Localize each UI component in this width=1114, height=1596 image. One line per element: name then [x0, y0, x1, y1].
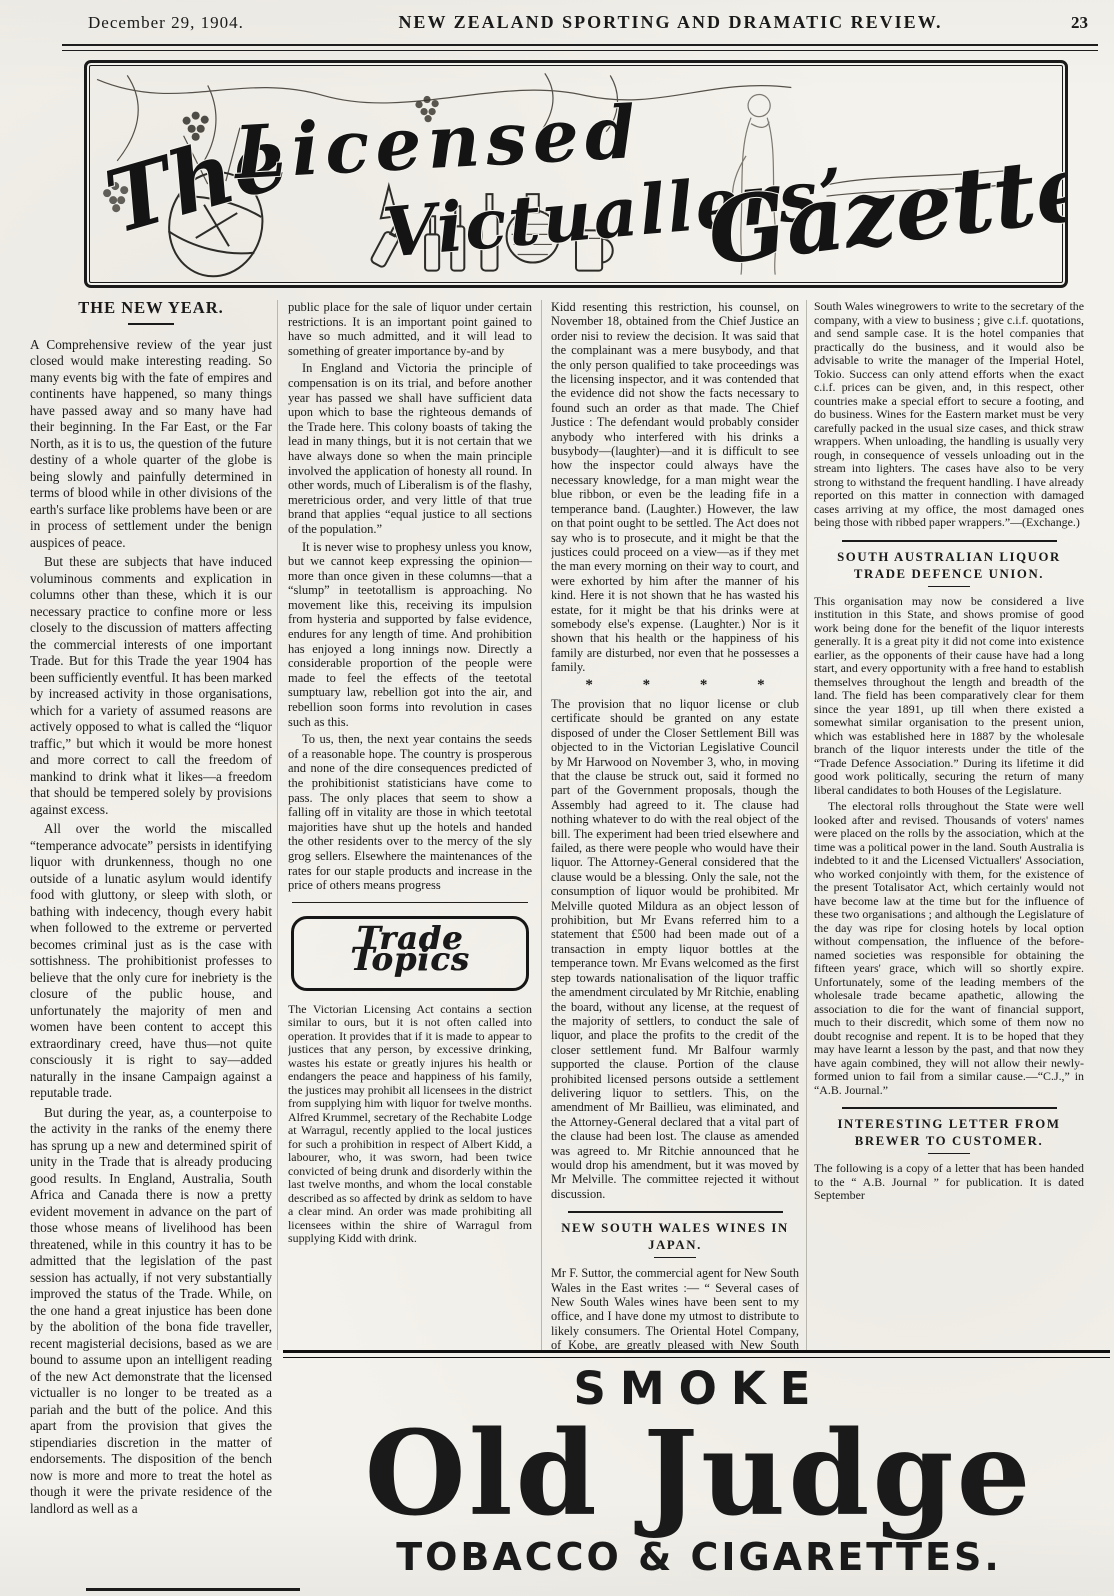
- paragraph: The provision that no liquor license or …: [551, 697, 799, 1201]
- column-rule: [541, 300, 542, 1350]
- section-heading-nsw-wines: NEW SOUTH WALES WINES IN JAPAN.: [551, 1220, 799, 1254]
- asterisk-divider: * * * *: [551, 678, 799, 692]
- column-3: Kidd resenting this restriction, his cou…: [551, 300, 799, 1352]
- ad-product-line: TOBACCO & CIGARETTES.: [288, 1534, 1110, 1580]
- column-rule: [806, 300, 807, 1350]
- section-heading-brewer-letter: INTERESTING LETTER FROM BREWER TO CUSTOM…: [814, 1116, 1084, 1150]
- paragraph: To us, then, the next year contains the …: [288, 732, 532, 893]
- paragraph: It is never wise to prophesy unless you …: [288, 540, 532, 730]
- paragraph: But these are subjects that have induced…: [30, 554, 272, 818]
- paragraph: This organisation may now be considered …: [814, 595, 1084, 798]
- paragraph: South Wales winegrowers to write to the …: [814, 300, 1084, 530]
- paragraph: The Victorian Licensing Act contains a s…: [288, 1003, 532, 1246]
- masthead-artwork: The Licensed Victuallers’ Gazette: [87, 63, 1065, 285]
- paragraph: Mr F. Suttor, the commercial agent for N…: [551, 1266, 799, 1352]
- masthead-word-gazette: Gazette: [702, 134, 1065, 285]
- paragraph: But during the year, as, a counterpoise …: [30, 1105, 272, 1518]
- paragraph: A Comprehensive review of the year just …: [30, 337, 272, 552]
- paragraph: The following is a copy of a letter that…: [814, 1162, 1084, 1203]
- newspaper-page: December 29, 1904. NEW ZEALAND SPORTING …: [0, 0, 1114, 1596]
- masthead-panel: The Licensed Victuallers’ Gazette: [84, 60, 1068, 288]
- ad-brand-name: Old Judge: [288, 1414, 1110, 1534]
- title-rule: [128, 323, 174, 325]
- heading-underrule: [928, 1153, 970, 1154]
- column-1: THE NEW YEAR. A Comprehensive review of …: [30, 300, 272, 1592]
- column-4: South Wales winegrowers to write to the …: [814, 300, 1084, 1352]
- section-rule: [842, 540, 1057, 542]
- bottom-page-rule: [86, 1588, 300, 1591]
- column-rule: [277, 300, 278, 1350]
- trade-topics-label: Trade Topics: [350, 919, 470, 979]
- old-judge-advertisement: SMOKE Old Judge TOBACCO & CIGARETTES.: [288, 1364, 1110, 1594]
- paragraph: In England and Victoria the principle of…: [288, 361, 532, 536]
- section-divider-rule: [292, 902, 528, 903]
- ad-top-double-rule: [283, 1350, 1110, 1358]
- trade-topics-box: Trade Topics: [291, 916, 529, 991]
- issue-date: December 29, 1904.: [88, 13, 323, 33]
- section-rule: [842, 1107, 1057, 1109]
- header-double-rule: [62, 44, 1098, 51]
- section-heading-sa-union: SOUTH AUSTRALIAN LIQUOR TRADE DEFENCE UN…: [814, 549, 1084, 583]
- column-2: public place for the sale of liquor unde…: [288, 300, 532, 1352]
- heading-underrule: [654, 1257, 696, 1258]
- page-header: December 29, 1904. NEW ZEALAND SPORTING …: [88, 12, 1088, 33]
- section-rule: [568, 1211, 783, 1213]
- paragraph: public place for the sale of liquor unde…: [288, 300, 532, 358]
- paragraph: The electoral rolls throughout the State…: [814, 800, 1084, 1097]
- paragraph: All over the world the miscalled “temper…: [30, 821, 272, 1102]
- heading-underrule: [928, 586, 970, 587]
- article-title: THE NEW YEAR.: [30, 300, 272, 317]
- page-number: 23: [1018, 13, 1088, 33]
- publication-title: NEW ZEALAND SPORTING AND DRAMATIC REVIEW…: [323, 12, 1018, 33]
- paragraph: Kidd resenting this restriction, his cou…: [551, 300, 799, 675]
